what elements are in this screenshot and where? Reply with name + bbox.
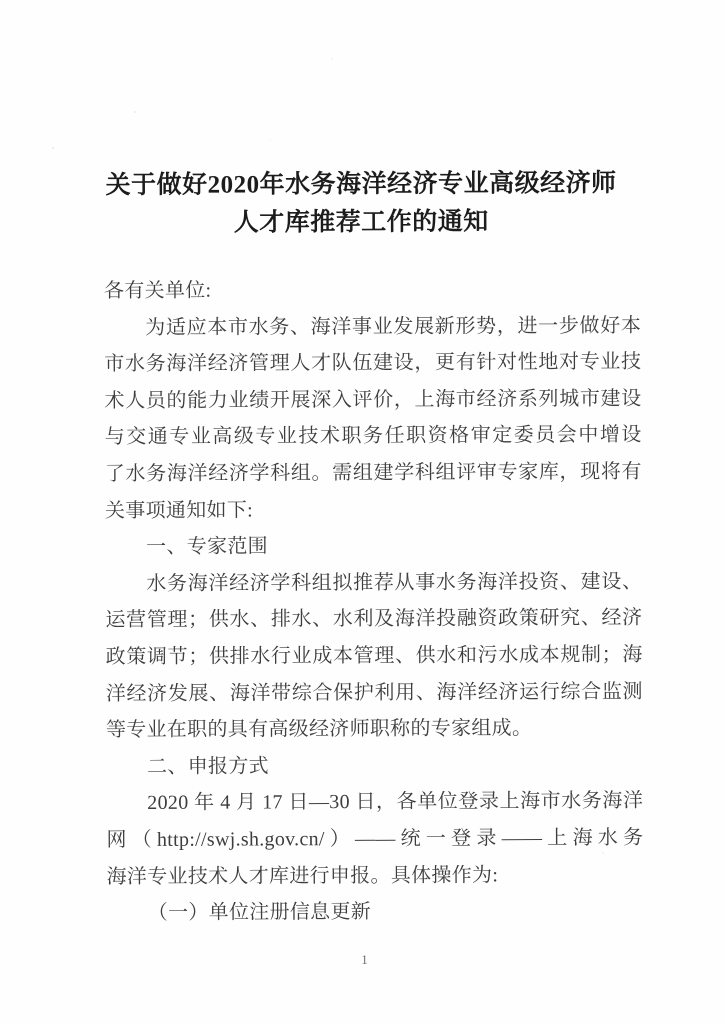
section-1-line-3: 政策调节；供排水行业成本管理、供水和污水成本规制；海 [106,637,643,676]
document-title: 关于做好2020年水务海洋经济专业高级经济师 人才库推荐工作的通知 [0,164,724,243]
intro-line-2: 市水务海洋经济管理人才队伍建设，更有针对性地对专业技 [104,344,641,383]
intro-line-5: 了水务海洋经济学科组。需组建学科组评审专家库，现将有 [105,454,642,493]
section-2-line-3: 海洋专业技术人才库进行申报。具体操作为: [107,856,644,895]
section-2-subitem: （一）单位注册信息更新 [107,893,644,932]
title-line-2: 人才库推荐工作的通知 [0,202,724,243]
section-2-line-1: 2020 年 4 月 17 日—30 日，各单位登录上海市水务海洋 [106,783,643,822]
intro-line-6: 关事项通知如下: [105,490,642,529]
intro-line-4: 与交通专业高级专业技术职务任职资格审定委员会中增设 [105,417,642,456]
title-line-1: 关于做好2020年水务海洋经济专业高级经济师 [0,164,724,205]
scan-sheet: 关于做好2020年水务海洋经济专业高级经济师 人才库推荐工作的通知 各有关单位:… [0,0,725,1024]
section-2-heading: 二、申报方式 [106,746,643,785]
section-1-heading: 一、专家范围 [105,527,642,566]
section-1-line-1: 水务海洋经济学科组拟推荐从事水务海洋投资、建设、 [105,564,642,603]
document-body: 各有关单位: 为适应本市水务、海洋事业发展新形势，进一步做好本 市水务海洋经济管… [104,271,644,932]
section-1-line-2: 运营管理；供水、排水、水利及海洋投融资政策研究、经济 [105,600,642,639]
intro-line-1: 为适应本市水务、海洋事业发展新形势，进一步做好本 [104,307,641,346]
scanned-document-page: 关于做好2020年水务海洋经济专业高级经济师 人才库推荐工作的通知 各有关单位:… [0,0,725,1024]
intro-line-3: 术人员的能力业绩开展深入评价，上海市经济系列城市建设 [104,381,641,420]
section-2-line-2: 网（http://swj.sh.gov.cn/）——统一登录——上海水务 [106,820,643,859]
section-1-line-4: 洋经济发展、海洋带综合保护利用、海洋经济运行综合监测 [106,673,643,712]
page-number: 1 [2,950,725,969]
section-1-line-5: 等专业在职的具有高级经济师职称的专家组成。 [106,710,643,749]
salutation: 各有关单位: [104,271,641,310]
